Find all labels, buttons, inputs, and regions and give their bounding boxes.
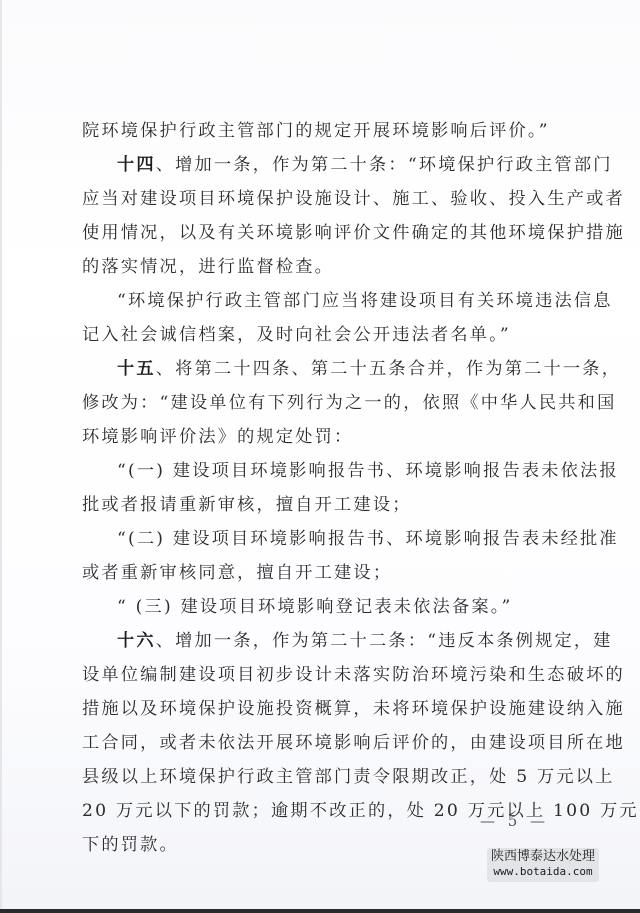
- watermark-company-name: 陕西博泰达水处理: [487, 849, 599, 865]
- line-text: “ (三) 建设项目环境影响登记表未依法备案。”: [117, 597, 513, 617]
- line-text: 的落实情况，进行监督检查。: [82, 257, 334, 277]
- page-number: — 5 —: [480, 812, 549, 830]
- line-text: 记入社会诚信档案，及时向社会公开违法者名单。”: [82, 325, 511, 345]
- line-text: 下的罚款。: [82, 835, 179, 855]
- document-line: 应当对建设项目环境保护设施设计、施工、验收、投入生产或者: [82, 182, 562, 216]
- document-line: 院环境保护行政主管部门的规定开展环境影响后评价。”: [82, 114, 562, 148]
- line-text: 20 万元以下的罚款；逾期不改正的，处 20 万元以上 100 万元以: [82, 801, 640, 821]
- line-text: 县级以上环境保护行政主管部门责令限期改正，处 5 万元以上: [82, 767, 615, 787]
- watermark-url: www.botaida.com: [487, 865, 599, 879]
- line-text: “(一) 建设项目环境影响报告书、环境影响报告表未依法报: [117, 461, 619, 481]
- document-line: 十四、增加一条，作为第二十条：“环境保护行政主管部门: [82, 148, 562, 182]
- document-line: 批或者报请重新审核，擅自开工建设；: [82, 488, 562, 522]
- line-text: 修改为：“建设单位有下列行为之一的，依照《中华人民共和国: [82, 393, 616, 413]
- line-text: 院环境保护行政主管部门的规定开展环境影响后评价。”: [82, 121, 550, 141]
- document-line: 工合同，或者未依法开展环境影响后评价的，由建设项目所在地: [82, 726, 562, 760]
- document-line: 十六、增加一条，作为第二十二条：“违反本条例规定，建: [82, 624, 562, 658]
- document-line: 县级以上环境保护行政主管部门责令限期改正，处 5 万元以上: [82, 760, 562, 794]
- document-line: “(二) 建设项目环境影响报告书、环境影响报告表未经批准: [82, 522, 562, 556]
- watermark: 陕西博泰达水处理 www.botaida.com: [487, 848, 599, 882]
- line-text: 工合同，或者未依法开展环境影响后评价的，由建设项目所在地: [82, 733, 625, 753]
- document-line: 或者重新审核同意，擅自开工建设；: [82, 556, 562, 590]
- line-text: 、增加一条，作为第二十二条：“违反本条例规定，建: [156, 631, 613, 651]
- document-line: 设单位编制建设项目初步设计未落实防治环境污染和生态破坏的: [82, 658, 562, 692]
- line-text: 设单位编制建设项目初步设计未落实防治环境污染和生态破坏的: [82, 665, 625, 685]
- document-line: 措施以及环境保护设施投资概算，未将环境保护设施建设纳入施: [82, 692, 562, 726]
- line-text: 或者重新审核同意，擅自开工建设；: [82, 563, 392, 583]
- line-text: “环境保护行政主管部门应当将建设项目有关环境违法信息: [117, 291, 613, 311]
- line-text: 批或者报请重新审核，擅自开工建设；: [82, 495, 412, 515]
- line-text: “(二) 建设项目环境影响报告书、环境影响报告表未经批准: [117, 529, 619, 549]
- document-line: 环境影响评价法》的规定处罚：: [82, 420, 562, 454]
- document-line: 十五、将第二十四条、第二十五条合并，作为第二十一条，: [82, 352, 562, 386]
- section-number: 十五: [117, 359, 156, 379]
- section-number: 十四: [117, 155, 156, 175]
- line-text: 使用情况，以及有关环境影响评价文件确定的其他环境保护措施: [82, 223, 625, 243]
- document-line: “(一) 建设项目环境影响报告书、环境影响报告表未依法报: [82, 454, 562, 488]
- document-line: 的落实情况，进行监督检查。: [82, 250, 562, 284]
- document-page: 院环境保护行政主管部门的规定开展环境影响后评价。”十四、增加一条，作为第二十条：…: [0, 0, 640, 910]
- line-text: 措施以及环境保护设施投资概算，未将环境保护设施建设纳入施: [82, 699, 625, 719]
- page-bottom-edge: [0, 909, 640, 913]
- document-line: 使用情况，以及有关环境影响评价文件确定的其他环境保护措施: [82, 216, 562, 250]
- line-text: 、将第二十四条、第二十五条合并，作为第二十一条，: [156, 359, 621, 379]
- section-number: 十六: [117, 631, 156, 651]
- line-text: 应当对建设项目环境保护设施设计、施工、验收、投入生产或者: [82, 189, 625, 209]
- document-line: “ (三) 建设项目环境影响登记表未依法备案。”: [82, 590, 562, 624]
- line-text: 、增加一条，作为第二十条：“环境保护行政主管部门: [156, 155, 613, 175]
- document-line: 修改为：“建设单位有下列行为之一的，依照《中华人民共和国: [82, 386, 562, 420]
- document-line: 记入社会诚信档案，及时向社会公开违法者名单。”: [82, 318, 562, 352]
- line-text: 环境影响评价法》的规定处罚：: [82, 427, 353, 447]
- document-body: 院环境保护行政主管部门的规定开展环境影响后评价。”十四、增加一条，作为第二十条：…: [82, 114, 562, 862]
- document-line: “环境保护行政主管部门应当将建设项目有关环境违法信息: [82, 284, 562, 318]
